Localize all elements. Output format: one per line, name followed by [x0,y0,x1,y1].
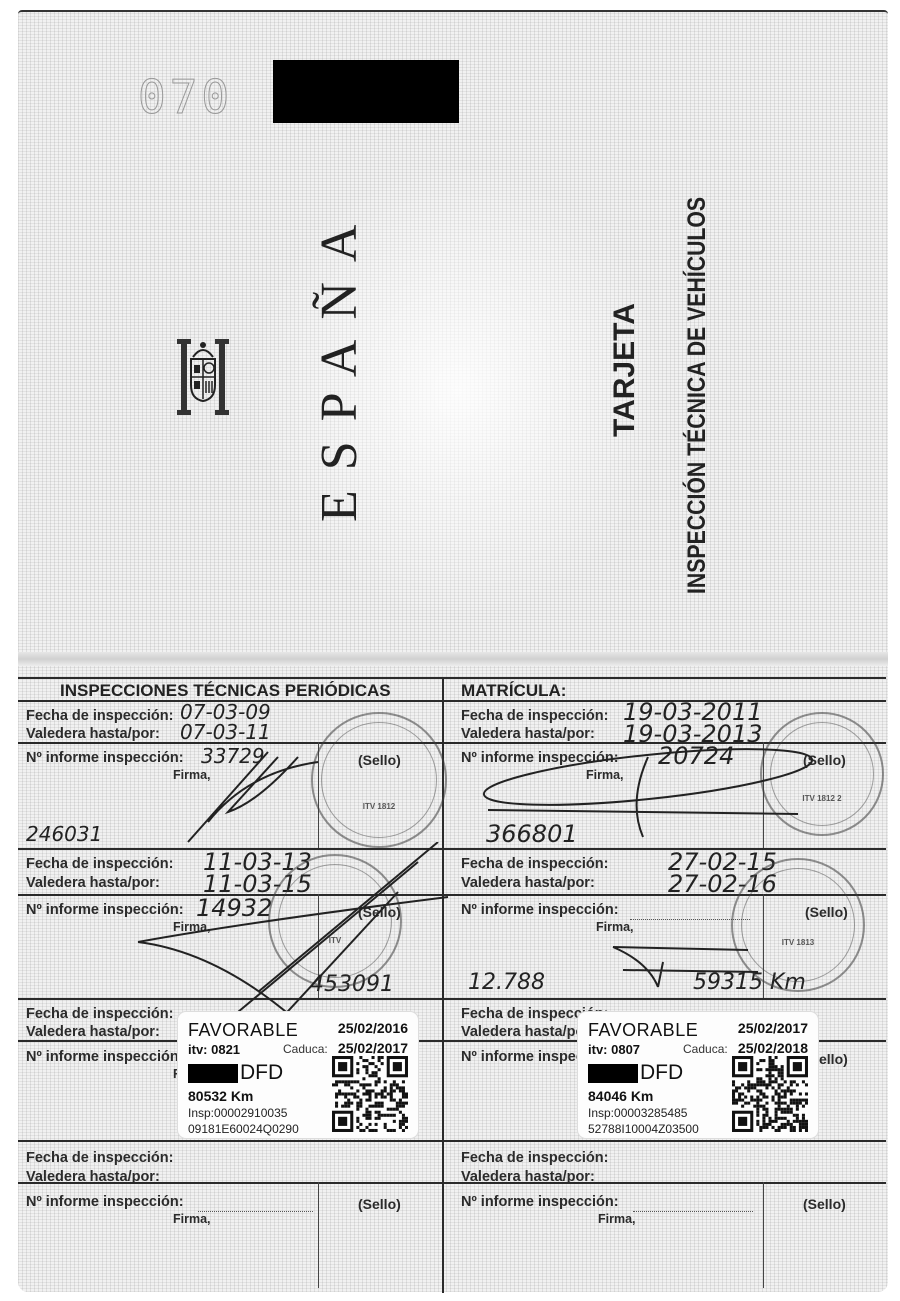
redacted-serial [273,60,459,123]
sello-label: (Sello) [358,1196,401,1212]
informe-blank [633,1210,753,1212]
odometer: 84046 Km [588,1088,653,1104]
fecha-label: Fecha de inspección: [26,708,173,724]
inspection-date: 25/02/2016 [338,1020,408,1036]
expiry-date: 25/02/2017 [338,1040,408,1056]
firma-label: Firma, [598,1212,636,1226]
plate-suffix: DFD [240,1061,283,1085]
valedera-label: Valedera hasta/por: [461,875,595,891]
signature-scribble [128,842,458,1022]
official-stamp: ITV 1812 [311,712,447,848]
firma-label: Firma, [596,920,634,934]
informe-label: Nº informe inspección: [26,750,184,766]
sticker-code: 09181E60024Q0290 [188,1122,299,1136]
valedera-label: Valedera hasta/por: [461,1169,595,1185]
valedera-label: Valedera hasta/por: [26,726,160,742]
firma-label: Firma, [173,1212,211,1226]
informe-label: Nº informe inspección: [26,1194,184,1210]
itv-station: itv: 0807 [588,1042,640,1057]
insp-number: Insp:00002910035 [188,1106,287,1120]
informe-label: Nº informe inspección: [461,902,619,918]
signature-scribble [168,742,328,852]
itv-station: itv: 0821 [188,1042,240,1057]
valedera-label: Valedera hasta/por: [461,1024,595,1040]
informe-blank [198,1210,313,1212]
signature-scribble [468,742,818,842]
itv-sticker-2: FAVORABLE 25/02/2017 itv: 0807 Caduca: 2… [578,1012,818,1138]
fecha-label: Fecha de inspección: [461,1150,608,1166]
valedera-label: Valedera hasta/por: [26,1169,160,1185]
result-label: FAVORABLE [588,1020,698,1041]
km-left-value: 12.788 [468,970,545,995]
card-subtitle: INSPECCIÓN TÉCNICA DE VEHÍCULOS [683,197,712,594]
coat-of-arms-of-spain-icon [173,337,233,417]
card-title: TARJETA [608,303,642,437]
signature-scribble [608,942,768,1002]
sticker-code: 52788I10004Z03500 [588,1122,699,1136]
qr-code-icon [732,1056,808,1132]
odometer: 80532 Km [188,1088,253,1104]
plate-suffix: DFD [640,1061,683,1085]
fecha-label: Fecha de inspección: [461,856,608,872]
caduca-label: Caduca: [683,1042,728,1056]
itv-card: 070 ESPAÑA TARJETA INSPECCIÓN TÉCNICA DE… [18,10,888,1292]
fold-crease [18,652,888,666]
qr-code-icon [332,1056,408,1132]
card-cover: 070 ESPAÑA TARJETA INSPECCIÓN TÉCNICA DE… [18,12,888,652]
fecha-label: Fecha de inspección: [26,1150,173,1166]
km-value: 246031 [26,822,102,846]
inspection-date: 25/02/2017 [738,1020,808,1036]
valedera-value: 07-03-11 [180,720,271,744]
country-title: ESPAÑA [310,205,369,523]
left-header: INSPECCIONES TÉCNICAS PERIÓDICAS [60,681,391,701]
expiry-date: 25/02/2018 [738,1040,808,1056]
fecha-label: Fecha de inspección: [26,1006,173,1022]
sello-label: (Sello) [803,1196,846,1212]
matricula-label: MATRÍCULA: [461,681,566,701]
itv-sticker-1: FAVORABLE 25/02/2016 itv: 0821 Caduca: 2… [178,1012,418,1138]
caduca-label: Caduca: [283,1042,328,1056]
insp-number: Insp:00003285485 [588,1106,687,1120]
informe-label: Nº informe inspección: [461,1194,619,1210]
redacted-plate [588,1064,638,1083]
informe-label: Nº informe inspección: [26,1049,184,1065]
valedera-label: Valedera hasta/por: [461,726,595,742]
result-label: FAVORABLE [188,1020,298,1041]
serial-number: 070 [138,70,233,124]
redacted-plate [188,1064,238,1083]
fecha-label: Fecha de inspección: [461,708,608,724]
valedera-label: Valedera hasta/por: [26,1024,160,1040]
